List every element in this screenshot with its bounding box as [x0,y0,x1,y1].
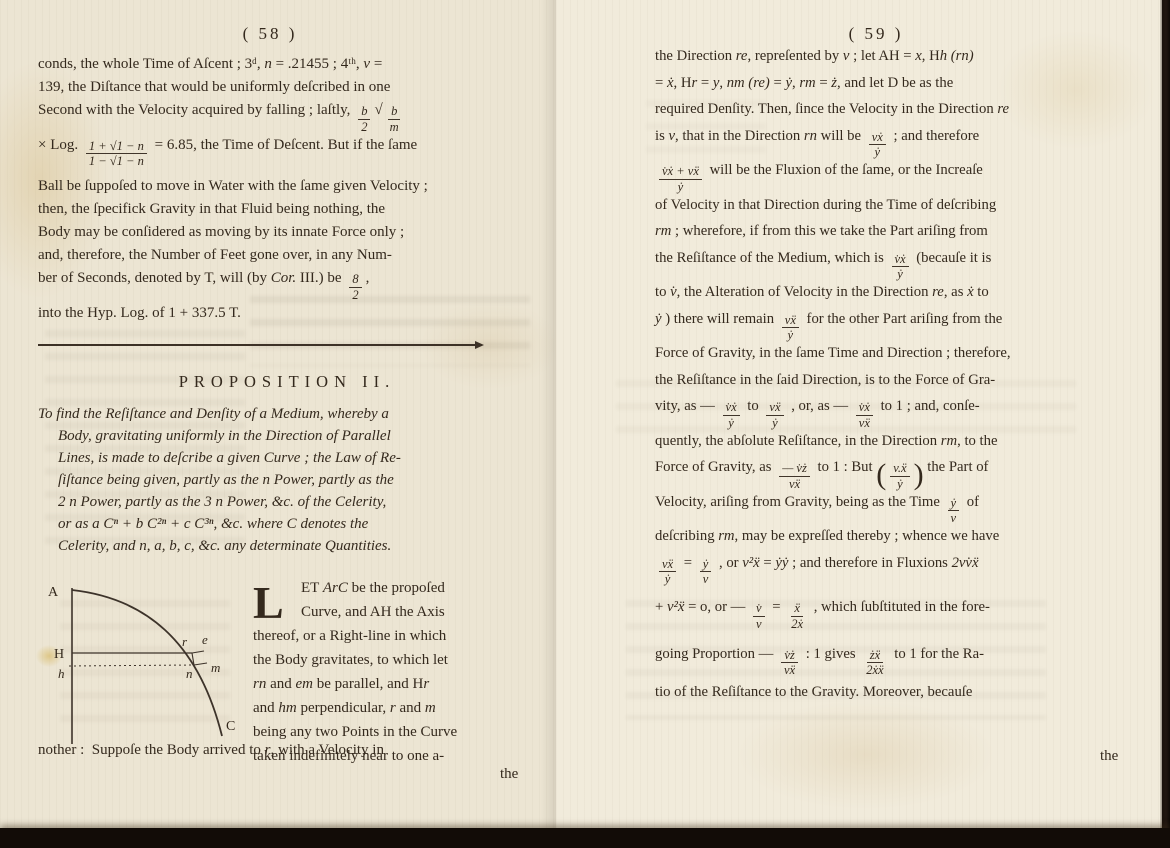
fraction: ẍ2ẋ [788,601,806,632]
fraction: bm [387,104,402,135]
text-segment: ; and therefore in Fluxions [788,555,951,572]
text-segment: (becauſe it is [913,250,992,267]
variable-segment: nm (re) [727,75,770,92]
text-segment: of Velocity in that Direction during the… [655,197,996,214]
text-segment: , and let D be as the [837,75,953,92]
text-segment: ; and therefore [890,128,979,145]
text-line: Curve, and AH the Axis [253,604,537,628]
figure-line-re [192,651,204,653]
variable-segment: h [940,48,947,65]
text-segment: perpendicular, [297,700,390,717]
text-line: rn and em be parallel, and Hr [253,676,537,700]
text-segment: Velocity, ariſing from Gravity, being as… [655,494,944,511]
figure-label-h: h [58,666,65,681]
text-line: conds, the whole Time of Aſcent ; 3ᵈ, n … [38,56,536,79]
text-segment: for the other Part ariſing from the [803,311,1002,328]
text-line: the Reſiſtance in the ſaid Direction, is… [655,372,1147,399]
text-line: Force of Gravity, as — v̇żvẍ to 1 : But … [655,459,1147,494]
figure-label-r: r [182,634,188,649]
text-segment: Force of Gravity, as [655,459,775,476]
text-segment: , that in the Direction [675,128,804,145]
text-line: ſiſtance being given, partly as the n Po… [38,472,538,494]
fraction: vẍẏ [782,313,799,344]
variable-segment: ArC [323,580,348,597]
text-line: vity, as — v̇ẋẏ to vẍẏ , or, as — v̇ẋvẍ … [655,398,1147,433]
text-segment: the Part of [924,459,989,476]
text-line: ber of Seconds, denoted by T, will (by C… [38,270,536,305]
text-line: going Proportion — v̇żvẍ : 1 gives żẍ2ẋẍ… [655,646,1147,681]
proposition-statement: To find the Reſiſtance and Denſity of a … [38,406,538,560]
paragraph-descent: conds, the whole Time of Aſcent ; 3ᵈ, n … [38,56,536,328]
text-segment: being any two Points in the Curve [253,724,457,741]
text-segment: to [974,284,989,301]
text-segment: be the propoſed [348,580,445,597]
fraction: vẋẏ [869,130,886,161]
fraction: v̇ẋẏ [892,252,909,283]
fraction: v̇v [753,601,765,632]
text-segment: Ball be ſuppoſed to move in Water with t… [38,178,428,195]
text-line: ẏ ) there will remain vẍẏ for the other … [655,311,1147,346]
text-line: tio of the Reſiſtance to the Gravity. Mo… [655,684,1147,711]
variable-segment: n [264,56,272,73]
text-segment: and [396,700,425,717]
variable-segment: ẏẏ [775,555,788,572]
text-line: nother : Suppoſe the Body arrived to r, … [38,742,538,765]
text-segment: √ [374,102,382,119]
fraction: vẍẏ [659,557,676,588]
variable-segment: re [932,284,944,301]
text-segment: , with a Velocity in [270,742,383,759]
text-segment: , or, as — [788,398,852,415]
variable-segment: hm [278,700,296,717]
fraction: v̇ẋẏ [723,400,740,431]
text-segment: will be [817,128,865,145]
variable-segment: rm [718,528,734,545]
text-segment: conds, the whole Time of Aſcent ; 3ᵈ, [38,56,264,73]
text-segment: then, the ſpecifick Gravity in that Flui… [38,201,385,218]
variable-segment: rm [655,223,671,240]
text-segment: the Reſiſtance in the ſaid Direction, is… [655,372,995,389]
text-line: × Log. 1 + √1 − n1 − √1 − n = 6.85, the … [38,137,536,172]
text-segment: : 1 gives [802,646,859,663]
fraction: v̇ẋvẍ [856,400,873,431]
paragraph-fluxions: the Direction re, repreſented by v ; let… [655,48,1147,711]
figure-label-C: C [226,719,235,734]
figure-label-A: A [48,585,59,600]
text-segment: , to the [957,433,997,450]
text-line: Celerity, and n, a, b, c, &c. any determ… [38,538,538,560]
text-segment: ; let AH = [849,48,915,65]
text-line: To find the Reſiſtance and Denſity of a … [38,406,538,428]
variable-segment: 2vv̇ẍ [952,555,979,572]
text-line: Velocity, ariſing from Gravity, being as… [655,494,1147,529]
variable-segment: rm [941,433,957,450]
text-segment: ber of Seconds, denoted by T, will (by [38,270,271,287]
text-segment: + [655,599,667,616]
text-line: or as a Cⁿ + b C²ⁿ + c C³ⁿ, &c. where C … [38,516,538,538]
text-segment: , which ſubſtituted in the fore- [810,599,990,616]
text-segment: the Body gravitates, to which let [253,652,448,669]
figure-label-m: m [211,660,220,675]
text-segment: the Direction [655,48,736,65]
variable-segment: r [423,676,429,693]
variable-segment: re [736,48,748,65]
figure-dotted-hn [69,665,194,666]
text-segment: × Log. [38,137,82,154]
text-segment: , H [674,75,692,92]
text-segment: deſcribing [655,528,718,545]
text-segment: = [816,75,832,92]
text-segment: required Denſity. Then, ſince the Veloci… [655,101,997,118]
text-segment: ; wherefore, if from this we take the Pa… [671,223,988,240]
page-number-right: ( 59 ) [796,24,956,44]
text-segment: = [770,75,786,92]
fraction: 82 [349,272,361,303]
text-line: is v, that in the Direction rn will be v… [655,128,1147,163]
big-paren: ( [876,463,886,487]
text-segment: into the Hyp. Log. of 1 + 337.5 T. [38,305,241,322]
curve-figure: A H h r e n m C [36,576,246,748]
variable-segment: v²ẍ [742,555,759,572]
book-edge-right [1160,0,1170,830]
variable-segment: em [296,676,314,693]
text-line: 139, the Diſtance that would be uniforml… [38,79,536,102]
text-segment: ET [301,580,323,597]
text-segment: to 1 ; and, conſe- [877,398,980,415]
variable-segment: v [363,56,370,73]
text-segment: vity, as — [655,398,719,415]
text-segment: is [655,128,668,145]
text-segment: 139, the Diſtance that would be uniforml… [38,79,390,96]
text-line: of Velocity in that Direction during the… [655,197,1147,224]
text-line: the Body gravitates, to which let [253,652,537,676]
variable-segment: v²ẍ [667,599,684,616]
text-segment: be parallel, and H [313,676,423,693]
text-segment: = o, or — [684,599,749,616]
text-line: thereof, or a Right-line in which [253,628,537,652]
catchword-right: the [1100,748,1118,765]
text-segment: Second with the Velocity acquired by fal… [38,102,354,119]
text-segment: , [792,75,799,92]
figure-line-nm [194,663,207,665]
text-line: vẍẏ = ẏv , or v²ẍ = ẏẏ ; and therefore i… [655,555,1147,590]
variable-segment: (rn) [951,48,974,65]
text-line: Force of Gravity, in the ſame Time and D… [655,345,1147,372]
fraction: — v̇żvẍ [779,461,810,492]
fraction: vẍẏ [766,400,783,431]
text-line: deſcribing rm, may be expreſſed thereby … [655,528,1147,555]
fraction: v̇ẋ + vẍẏ [659,164,702,195]
stain [736,700,996,810]
text-line: and hm perpendicular, r and m [253,700,537,724]
text-segment: Curve, and AH the Axis [301,604,445,621]
text-segment: III.) be [296,270,345,287]
text-line: required Denſity. Then, ſince the Veloci… [655,101,1147,128]
text-segment: the Reſiſtance of the Medium, which is [655,250,888,267]
text-segment: , or [715,555,742,572]
page-number-left: ( 58 ) [190,24,350,44]
text-line: 2 n Power, partly as the 3 n Power, &c. … [38,494,538,516]
fraction: b2 [358,104,370,135]
big-paren: ) [914,463,924,487]
variable-segment: rn [804,128,817,145]
text-segment: and [253,700,278,717]
text-line: ET ArC be the propoſed [253,580,537,604]
text-line: quently, the abſolute Reſiſtance, in the… [655,433,1147,460]
variable-segment: Cor. [271,270,296,287]
text-line: then, the ſpecifick Gravity in that Flui… [38,201,536,224]
text-segment: nother : Suppoſe the Body arrived to [38,742,265,759]
variable-segment: rm [799,75,815,92]
proposition-heading: PROPOSITION II. [38,372,536,392]
text-segment: = .21455 ; 4ᵗʰ, [272,56,364,73]
text-line: Body, gravitating uniformly in the Direc… [38,428,538,450]
text-segment: , H [922,48,940,65]
text-segment: , [719,75,726,92]
text-segment: = [769,599,785,616]
text-segment: , as [944,284,967,301]
text-segment: thereof, or a Right-line in which [253,628,446,645]
text-line: Ball be ſuppoſed to move in Water with t… [38,178,536,201]
text-segment: , repreſented by [747,48,842,65]
variable-segment: re [997,101,1009,118]
fraction: ẏv [948,496,960,527]
text-segment: Force of Gravity, in the ſame Time and D… [655,345,1011,362]
text-segment: and, therefore, the Number of Feet gone … [38,247,392,264]
fraction: 1 + √1 − n1 − √1 − n [86,139,147,170]
text-segment: will be the Fluxion of the ſame, or the … [706,162,983,179]
text-segment: Body may be conſidered as moving by its … [38,224,404,241]
figure-label-e: e [202,632,208,647]
text-segment: going Proportion — [655,646,777,663]
paragraph-closing: nother : Suppoſe the Body arrived to r, … [38,742,538,765]
figure-curve [72,590,222,736]
text-line: rm ; wherefore, if from this we take the… [655,223,1147,250]
text-segment: = 6.85, the Time of Deſcent. But if the … [151,137,417,154]
variable-segment: m [425,700,436,717]
fraction: ẏv [700,557,712,588]
text-segment: to [744,398,763,415]
text-segment: to 1 for the Ra- [891,646,984,663]
text-line: the Reſiſtance of the Medium, which is v… [655,250,1147,285]
text-line: + v²ẍ = o, or — v̇v = ẍ2ẋ , which ſubſti… [655,599,1147,634]
section-rule-arrow [38,344,478,346]
variable-segment: rn [253,676,266,693]
text-line: Body may be conſidered as moving by its … [38,224,536,247]
text-segment: = [370,56,382,73]
text-line: Lines, is made to deſcribe a given Curve… [38,450,538,472]
text-segment: quently, the abſolute Reſiſtance, in the… [655,433,941,450]
text-segment: = [655,75,667,92]
text-segment: of [963,494,979,511]
text-line: = ẋ, Hr = y, nm (re) = ẏ, rm = ż, and le… [655,75,1147,102]
text-segment: = [697,75,713,92]
text-segment: to 1 : But [814,459,876,476]
text-segment: = [760,555,776,572]
text-segment: to [655,284,670,301]
text-line: to v̇, the Alteration of Velocity in the… [655,284,1147,311]
scan-background-bottom [0,828,1170,848]
text-segment: , [366,270,370,287]
text-segment: and [266,676,295,693]
fraction: v.ẍẏ [890,461,909,492]
text-segment: , may be expreſſed thereby ; whence we h… [735,528,1000,545]
text-line: Second with the Velocity acquired by fal… [38,102,536,137]
book-scan: ( 58 ) conds, the whole Time of Aſcent ;… [0,0,1170,830]
catchword-left: the [500,766,518,783]
text-line: v̇ẋ + vẍẏ will be the Fluxion of the ſam… [655,162,1147,197]
text-line: the Direction re, repreſented by v ; let… [655,48,1147,75]
figure-label-n: n [186,666,193,681]
text-segment: tio of the Reſiſtance to the Gravity. Mo… [655,684,972,701]
text-segment: ) there will remain [662,311,778,328]
figure-label-H: H [54,647,64,662]
text-segment: = [680,555,696,572]
text-segment: , the Alteration of Velocity in the Dire… [677,284,932,301]
text-line: into the Hyp. Log. of 1 + 337.5 T. [38,305,536,328]
fraction: v̇żvẍ [781,648,798,679]
fraction: żẍ2ẋẍ [863,648,886,679]
text-line: and, therefore, the Number of Feet gone … [38,247,536,270]
